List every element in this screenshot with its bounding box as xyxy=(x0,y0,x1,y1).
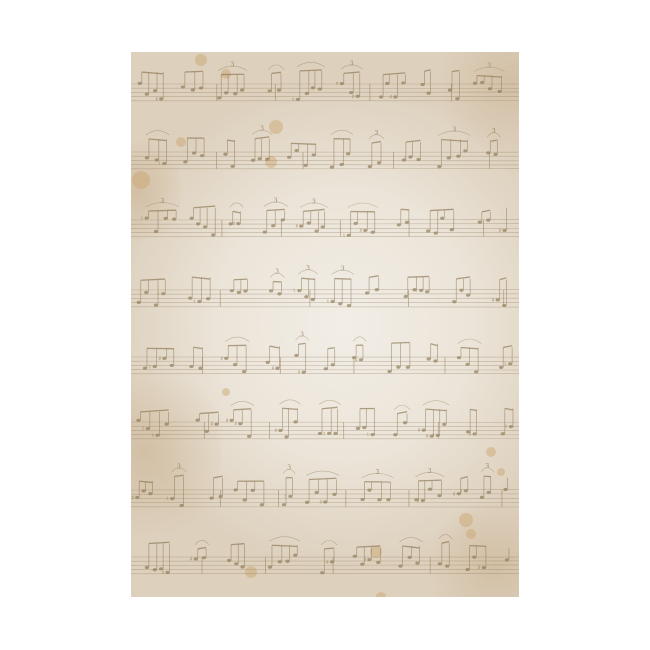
svg-text:3: 3 xyxy=(160,198,164,205)
svg-text:♯: ♯ xyxy=(336,81,339,88)
svg-text:3: 3 xyxy=(341,266,345,273)
svg-text:3: 3 xyxy=(177,463,181,470)
svg-text:♯: ♯ xyxy=(355,357,358,364)
svg-text:♯: ♯ xyxy=(478,565,481,572)
svg-text:♮: ♮ xyxy=(432,432,434,439)
svg-text:♮: ♮ xyxy=(141,215,143,222)
svg-text:♯: ♯ xyxy=(326,559,329,566)
svg-text:♯: ♯ xyxy=(460,488,463,495)
staff-1: ♯3♮♯♯3♯3 xyxy=(131,60,519,103)
svg-text:♯: ♯ xyxy=(232,221,235,228)
svg-text:♯: ♯ xyxy=(158,355,161,362)
svg-text:3: 3 xyxy=(274,197,278,204)
svg-text:♮: ♮ xyxy=(415,287,417,294)
svg-text:♯: ♯ xyxy=(155,96,158,103)
staff-4: ♮♮3♮3♮3♮♯ xyxy=(131,265,519,307)
svg-text:3: 3 xyxy=(312,198,316,205)
svg-text:♯: ♯ xyxy=(211,421,214,428)
svg-text:♮: ♮ xyxy=(284,493,286,500)
svg-text:♯: ♯ xyxy=(426,433,429,440)
svg-text:3: 3 xyxy=(275,269,279,276)
staff-5: ♮♯♯♯♯3♯♮ xyxy=(131,331,519,376)
svg-text:♮: ♮ xyxy=(323,430,325,437)
svg-text:♯: ♯ xyxy=(190,556,193,563)
staff-8: ♯♯♯♯♯ xyxy=(131,535,519,577)
svg-text:♯: ♯ xyxy=(226,417,229,424)
svg-text:3: 3 xyxy=(374,130,378,137)
svg-text:♮: ♮ xyxy=(327,299,329,306)
svg-text:♮: ♮ xyxy=(152,432,154,439)
svg-text:3: 3 xyxy=(485,463,489,470)
staff-3: ♮3♯3♯3♮♯♯ xyxy=(131,197,519,239)
svg-text:♯: ♯ xyxy=(298,369,301,376)
svg-text:♮: ♮ xyxy=(343,232,345,239)
music-notation: ♯3♮♯♯3♯3♮33♮33♮3♯3♯3♮♯♯♮♮3♮3♮3♮♯♮♯♯♯♯3♯♮… xyxy=(131,52,519,597)
svg-text:3: 3 xyxy=(306,265,310,272)
svg-text:♮: ♮ xyxy=(367,432,369,439)
svg-text:3: 3 xyxy=(260,126,264,133)
svg-text:3: 3 xyxy=(487,63,491,70)
svg-text:♯: ♯ xyxy=(274,427,277,434)
svg-text:♮: ♮ xyxy=(149,363,151,370)
svg-text:♮: ♮ xyxy=(142,426,144,433)
staff-7: ♯♮3♮3♯3♯3♯♯3 xyxy=(131,463,519,507)
svg-text:♮: ♮ xyxy=(504,361,506,368)
svg-text:3: 3 xyxy=(452,126,456,133)
svg-text:♮: ♮ xyxy=(158,161,160,168)
svg-text:♯: ♯ xyxy=(234,421,237,428)
svg-text:♯: ♯ xyxy=(389,94,392,101)
svg-text:♯: ♯ xyxy=(162,569,165,576)
svg-text:♮: ♮ xyxy=(166,496,168,503)
svg-text:♯: ♯ xyxy=(453,491,456,498)
svg-text:♮: ♮ xyxy=(293,288,295,295)
svg-text:♯: ♯ xyxy=(359,227,362,234)
svg-text:♯: ♯ xyxy=(271,365,274,372)
svg-text:3: 3 xyxy=(300,331,304,338)
svg-text:♮: ♮ xyxy=(292,96,294,103)
staff-2: ♮33♮33 xyxy=(131,126,519,169)
svg-text:3: 3 xyxy=(231,62,235,69)
svg-text:3: 3 xyxy=(287,465,291,472)
svg-text:♯: ♯ xyxy=(418,427,421,434)
svg-text:♯: ♯ xyxy=(363,557,366,564)
svg-text:♯: ♯ xyxy=(352,93,355,100)
svg-text:♯: ♯ xyxy=(220,355,223,362)
staff-6: ♮♮♯♯♯♯♮♮♯♯♮♯♮ xyxy=(131,400,519,440)
svg-text:♮: ♮ xyxy=(157,291,159,298)
svg-text:♮: ♮ xyxy=(193,299,195,306)
svg-text:3: 3 xyxy=(350,60,354,67)
svg-text:♯: ♯ xyxy=(131,494,134,501)
svg-text:♯: ♯ xyxy=(295,223,298,230)
svg-text:3: 3 xyxy=(375,469,379,476)
svg-text:♯: ♯ xyxy=(469,431,472,438)
svg-text:♯: ♯ xyxy=(499,227,502,234)
svg-text:3: 3 xyxy=(492,128,496,135)
svg-text:♯: ♯ xyxy=(492,297,495,304)
svg-text:♮: ♮ xyxy=(404,154,406,161)
svg-text:♮: ♮ xyxy=(505,424,507,431)
svg-text:3: 3 xyxy=(428,468,432,475)
svg-text:♯: ♯ xyxy=(417,498,420,505)
sheet-music-paper: ♯3♮♯♯3♯3♮33♮33♮3♯3♯3♮♯♯♮♮3♮3♮3♮♯♮♯♯♯♯3♯♮… xyxy=(131,52,519,597)
svg-text:♯: ♯ xyxy=(319,499,322,506)
